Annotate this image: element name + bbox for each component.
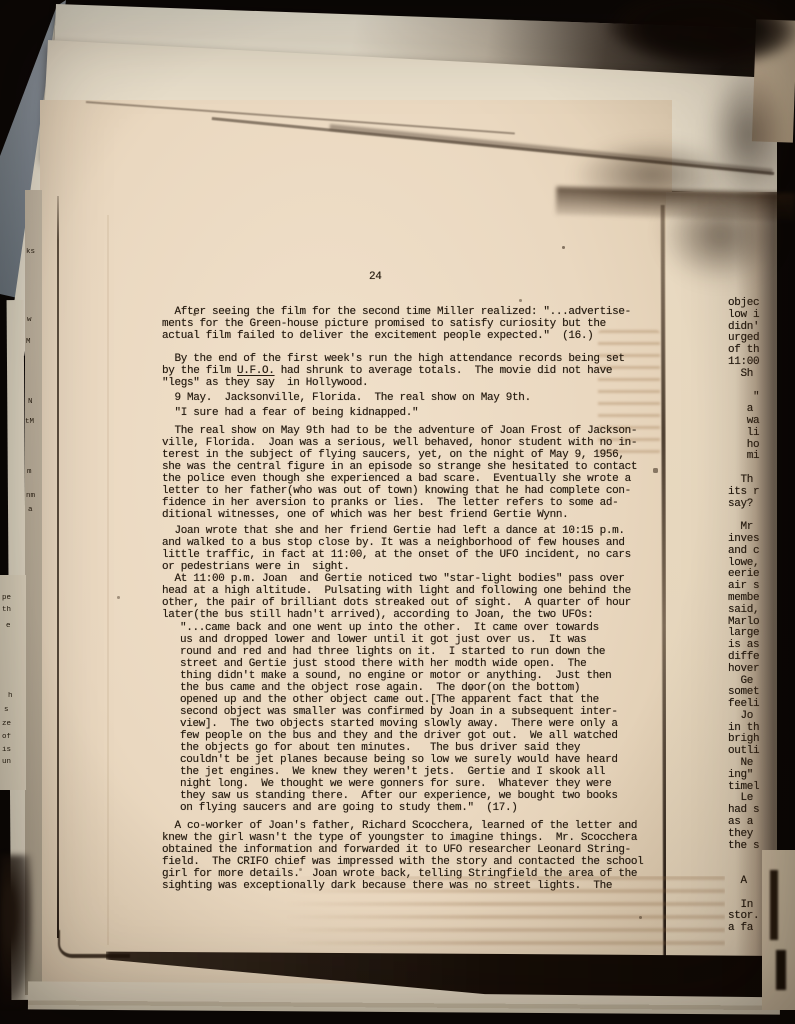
page-crease <box>107 215 109 945</box>
film-title-underlined: U.F.O. <box>237 365 275 377</box>
bottom-right-paper-bits <box>762 850 795 1010</box>
paper-edge-text-fragment: pe <box>2 594 11 602</box>
paragraph-dance-bus-stop: Joan wrote that she and her friend Gerti… <box>162 525 631 621</box>
paper-edge-text-fragment: of <box>2 733 11 741</box>
paper-edge-text-fragment: h <box>8 692 13 700</box>
photocopy-border-line-left <box>57 196 59 938</box>
toner-smudge <box>700 55 795 215</box>
blockquote-joan-account: "...came back and one went up into the o… <box>180 622 618 814</box>
right-page-cutoff-text: objec low i didn' urged of th 11:00 Sh "… <box>728 298 759 935</box>
paragraph-miller-quote: After seeing the film for the second tim… <box>162 306 631 342</box>
paper-edge-text-fragment: w <box>27 316 32 324</box>
paper-edge-text-fragment: tM <box>25 418 34 426</box>
toner-mark <box>770 870 778 940</box>
paragraph-attendance: By the end of the first week's run the h… <box>162 353 625 389</box>
paper-edge-text-fragment: e <box>6 622 11 630</box>
scanned-document-photo: kswMNtMmnmapethehszeofisun 24 After seei… <box>0 0 795 1024</box>
paragraph-date-heading: 9 May. Jacksonville, Florida. The real s… <box>162 392 531 404</box>
paper-edge-text-fragment: ks <box>26 248 35 256</box>
paper-edge-text-fragment: ze <box>2 720 11 728</box>
paper-edge-text-fragment: N <box>28 398 33 406</box>
paper-edge-text-fragment: a <box>28 506 33 514</box>
toner-mark <box>776 950 786 990</box>
left-edge-fragments: kswMNtMmnmapethehszeofisun <box>0 0 44 1024</box>
page-number: 24 <box>369 271 382 283</box>
paragraph-kidnapped-quote: "I sure had a fear of being kidnapped." <box>162 407 418 419</box>
paper-edge-text-fragment: is <box>2 746 11 754</box>
paragraph-joan-frost: The real show on May 9th had to be the a… <box>162 425 637 521</box>
paper-edge-text-fragment: th <box>2 606 11 614</box>
paper-edge-text-fragment: m <box>27 468 32 476</box>
bleed-through-ghost-text-bottom <box>285 876 725 948</box>
paper-edge-text-fragment: M <box>26 338 31 346</box>
dust-specks <box>0 0 1 1</box>
paper-edge-text-fragment: un <box>2 758 11 766</box>
paper-edge-text-fragment: nm <box>26 492 35 500</box>
paper-edge-text-fragment: s <box>4 706 9 714</box>
